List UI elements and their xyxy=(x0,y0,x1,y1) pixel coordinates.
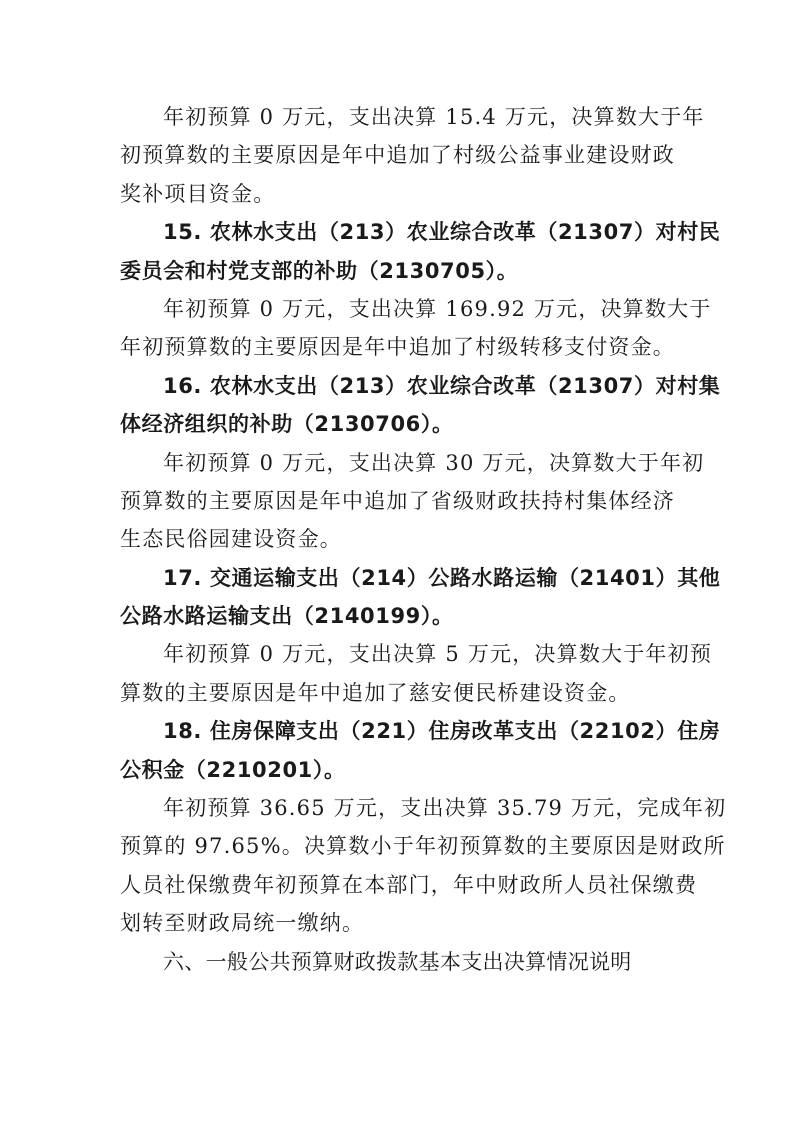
paragraph-item-17-explanation: 年初预算 0 万元，支出决算 5 万元，决算数大于年初预 算数的主要原因是年中追… xyxy=(120,635,665,712)
item-heading-16: 16. 农林水支出（213）农业综合改革（21307）对村集 体经济组织的补助（… xyxy=(120,367,665,444)
paragraph-item-14-explanation: 年初预算 0 万元，支出决算 15.4 万元，决算数大于年 初预算数的主要原因是… xyxy=(120,98,665,213)
heading-line: 18. 住房保障支出（221）住房改革支出（22102）住房 xyxy=(120,712,665,750)
heading-line: 16. 农林水支出（213）农业综合改革（21307）对村集 xyxy=(120,367,665,405)
text-line: 奖补项目资金。 xyxy=(120,175,665,213)
document-page: 年初预算 0 万元，支出决算 15.4 万元，决算数大于年 初预算数的主要原因是… xyxy=(120,98,665,981)
text-line: 年初预算 0 万元，支出决算 30 万元，决算数大于年初 xyxy=(120,444,665,482)
text-line: 年初预算 0 万元，支出决算 169.92 万元，决算数大于 xyxy=(120,290,665,328)
text-line: 预算的 97.65%。决算数小于年初预算数的主要原因是财政所 xyxy=(120,827,665,865)
item-heading-17: 17. 交通运输支出（214）公路水路运输（21401）其他 公路水路运输支出（… xyxy=(120,559,665,636)
item-heading-15: 15. 农林水支出（213）农业综合改革（21307）对村民 委员会和村党支部的… xyxy=(120,213,665,290)
heading-line: 体经济组织的补助（2130706）。 xyxy=(120,405,665,443)
text-line: 年初预算 36.65 万元，支出决算 35.79 万元，完成年初 xyxy=(120,789,665,827)
heading-line: 公积金（2210201）。 xyxy=(120,751,665,789)
text-line: 年初预算 0 万元，支出决算 5 万元，决算数大于年初预 xyxy=(120,635,665,673)
paragraph-item-15-explanation: 年初预算 0 万元，支出决算 169.92 万元，决算数大于 年初预算数的主要原… xyxy=(120,290,665,367)
text-line: 人员社保缴费年初预算在本部门，年中财政所人员社保缴费 xyxy=(120,866,665,904)
text-line: 生态民俗园建设资金。 xyxy=(120,520,665,558)
heading-line: 17. 交通运输支出（214）公路水路运输（21401）其他 xyxy=(120,559,665,597)
paragraph-item-16-explanation: 年初预算 0 万元，支出决算 30 万元，决算数大于年初 预算数的主要原因是年中… xyxy=(120,444,665,559)
text-line: 年初预算数的主要原因是年中追加了村级转移支付资金。 xyxy=(120,328,665,366)
text-line: 年初预算 0 万元，支出决算 15.4 万元，决算数大于年 xyxy=(120,98,665,136)
text-line: 划转至财政局统一缴纳。 xyxy=(120,904,665,942)
item-heading-18: 18. 住房保障支出（221）住房改革支出（22102）住房 公积金（22102… xyxy=(120,712,665,789)
heading-line: 委员会和村党支部的补助（2130705）。 xyxy=(120,252,665,290)
section-title: 六、一般公共预算财政拨款基本支出决算情况说明 xyxy=(120,943,665,981)
text-line: 预算数的主要原因是年中追加了省级财政扶持村集体经济 xyxy=(120,482,665,520)
text-line: 算数的主要原因是年中追加了慈安便民桥建设资金。 xyxy=(120,674,665,712)
paragraph-item-18-explanation: 年初预算 36.65 万元，支出决算 35.79 万元，完成年初 预算的 97.… xyxy=(120,789,665,943)
section-heading-six: 六、一般公共预算财政拨款基本支出决算情况说明 xyxy=(120,943,665,981)
text-line: 初预算数的主要原因是年中追加了村级公益事业建设财政 xyxy=(120,136,665,174)
heading-line: 公路水路运输支出（2140199）。 xyxy=(120,597,665,635)
heading-line: 15. 农林水支出（213）农业综合改革（21307）对村民 xyxy=(120,213,665,251)
